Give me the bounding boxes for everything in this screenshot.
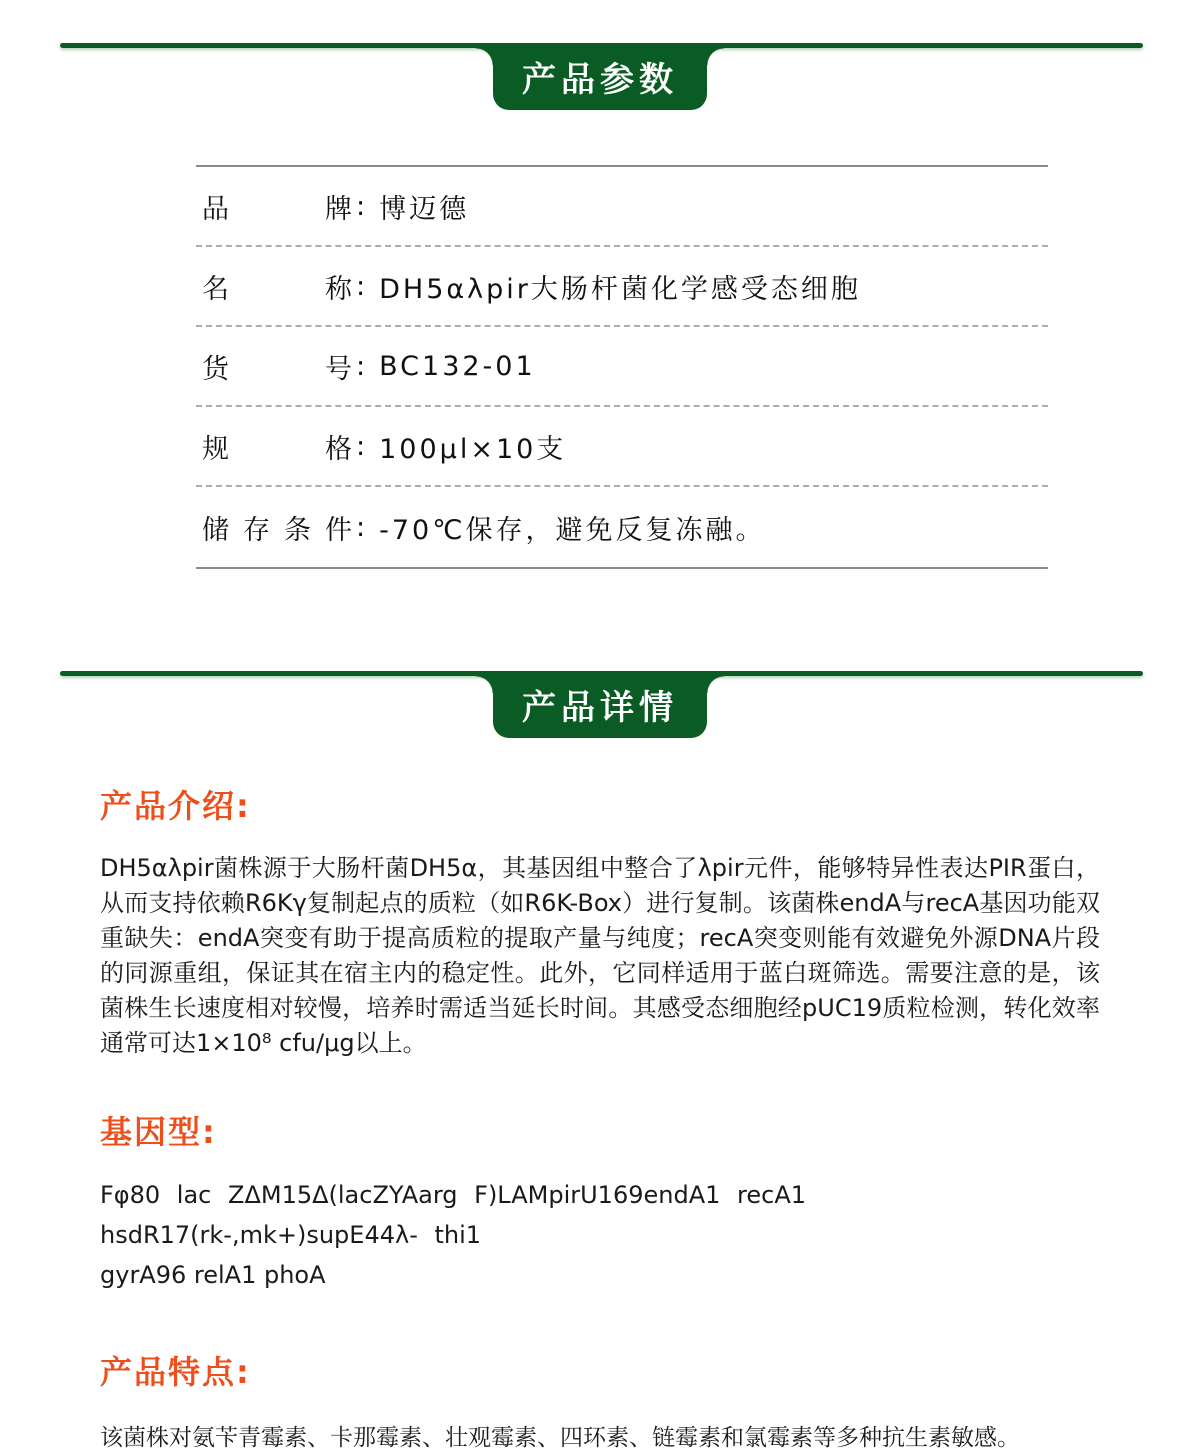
row-colon: : — [356, 271, 365, 302]
row-label-part: 格 — [325, 427, 352, 466]
details-banner: 产品详情 — [0, 671, 1200, 741]
row-colon: : — [356, 351, 365, 382]
row-label-part: 牌 — [325, 187, 352, 226]
row-label-part: 规 — [202, 427, 229, 466]
details-section: 产品介绍: DH5αλpir菌株源于大肠杆菌DH5α，其基因组中整合了λpir元… — [100, 781, 1100, 1455]
features-paragraph: 该菌株对氨苄青霉素、卡那霉素、壮观霉素、四环素、链霉素和氯霉素等多种抗生素敏感。 — [100, 1421, 1100, 1455]
row-label-part: 储 — [202, 508, 229, 547]
params-banner-title: 产品参数 — [522, 52, 678, 101]
row-value-name: DH5αλpir大肠杆菌化学感受态细胞 — [379, 267, 861, 306]
row-colon: : — [356, 191, 365, 222]
table-row-brand: 品 牌 : 博迈德 — [196, 167, 1048, 247]
genotype-line: gyrA96 relA1 phoA — [100, 1255, 1100, 1295]
row-label: 品 牌 — [202, 187, 352, 226]
row-value-storage: -70℃保存，避免反复冻融。 — [379, 508, 765, 547]
row-value-catalog-number: BC132-01 — [379, 351, 536, 382]
row-label: 名 称 — [202, 267, 352, 306]
params-banner-tab: 产品参数 — [493, 43, 707, 110]
table-row-spec: 规 格 : 100μl×10支 — [196, 407, 1048, 487]
row-label-part: 品 — [202, 187, 229, 226]
genotype-text: Fφ80 lac ZΔM15Δ(lacZYAarg F)LAMpirU169en… — [100, 1175, 1100, 1295]
genotype-heading: 基因型: — [100, 1107, 1100, 1153]
table-row-catalog-number: 货 号 : BC132-01 — [196, 327, 1048, 407]
row-colon: : — [356, 512, 365, 543]
row-colon: : — [356, 431, 365, 462]
row-label-part: 货 — [202, 347, 229, 386]
row-label-part: 件 — [325, 508, 352, 547]
features-heading: 产品特点: — [100, 1347, 1100, 1393]
params-banner: 产品参数 — [0, 43, 1200, 113]
row-label: 储 存 条 件 — [202, 508, 352, 547]
row-label-part: 存 — [243, 508, 270, 547]
details-banner-title: 产品详情 — [522, 680, 678, 729]
details-banner-tab: 产品详情 — [493, 671, 707, 738]
genotype-line: Fφ80 lac ZΔM15Δ(lacZYAarg F)LAMpirU169en… — [100, 1175, 1100, 1255]
row-label: 规 格 — [202, 427, 352, 466]
table-row-storage: 储 存 条 件 : -70℃保存，避免反复冻融。 — [196, 487, 1048, 567]
row-label: 货 号 — [202, 347, 352, 386]
row-label-part: 号 — [325, 347, 352, 386]
params-table: 品 牌 : 博迈德 名 称 : DH5αλpir大肠杆菌化学感受态细胞 货 号 … — [196, 165, 1048, 569]
row-value-spec: 100μl×10支 — [379, 427, 566, 466]
intro-heading: 产品介绍: — [100, 781, 1100, 827]
row-value-brand: 博迈德 — [379, 187, 469, 226]
intro-paragraph: DH5αλpir菌株源于大肠杆菌DH5α，其基因组中整合了λpir元件，能够特异… — [100, 851, 1100, 1061]
table-row-name: 名 称 : DH5αλpir大肠杆菌化学感受态细胞 — [196, 247, 1048, 327]
row-label-part: 名 — [202, 267, 229, 306]
row-label-part: 条 — [284, 508, 311, 547]
row-label-part: 称 — [325, 267, 352, 306]
